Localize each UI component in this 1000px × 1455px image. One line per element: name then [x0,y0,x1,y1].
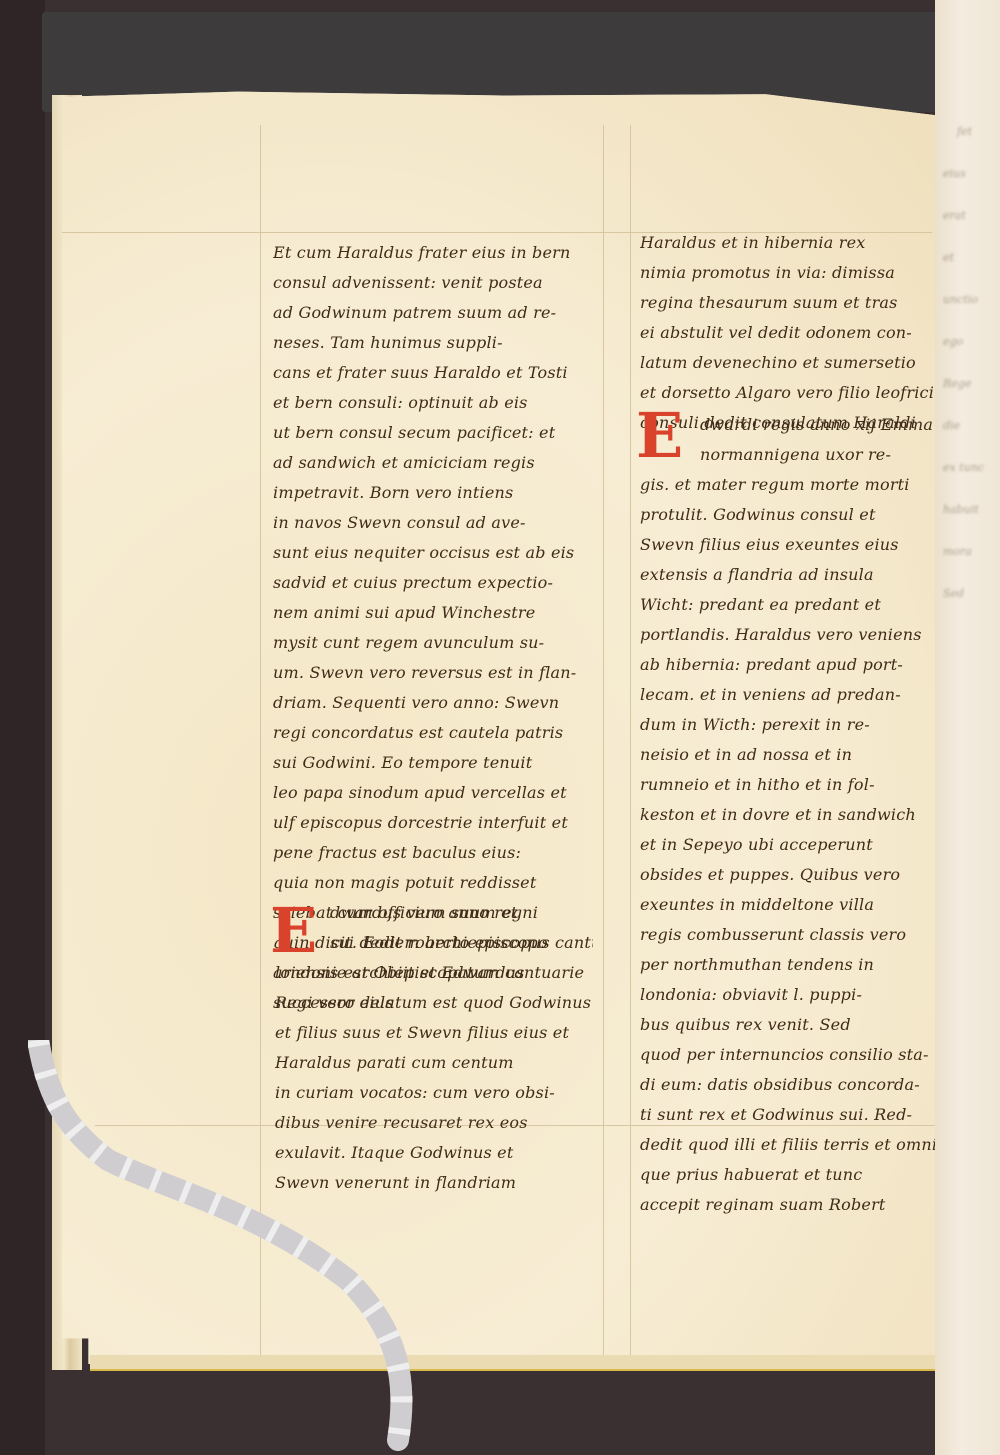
facing-page: fet eius erat et unctio ego Rege die ex … [935,0,1000,1455]
text-line: regi concordatus est cautela patris [273,718,593,748]
text-line: mysit cunt regem avunculum su- [273,628,593,658]
text-line: regis combusserunt classis vero [640,920,940,950]
red-initial: E [636,405,683,467]
text-line: lecam. et in veniens ad predan- [640,680,940,710]
text-line: sunt eius nequiter occisus est ab eis [273,538,593,568]
text-line: ab hibernia: predant apud port- [640,650,940,680]
text-line: ad Godwinum patrem suum ad re- [273,298,593,328]
text-line: et in Sepeyo ubi acceperunt [640,830,940,860]
text-line: latum devenechino et sumersetio [640,348,940,378]
text-line: accepit reginam suam Robert [640,1190,940,1220]
right-section-text: dwardi regis anno xij Emma normannigena … [700,410,940,470]
text-line: et bern consuli: optinuit ab eis [273,388,593,418]
text-line: cans et frater suus Haraldo et Tosti [273,358,593,388]
text-line: pene fractus est baculus eius: [273,838,593,868]
text-line: ad sandwich et amiciciam regis [273,448,593,478]
text-line: keston et in dovre et in sandwich [640,800,940,830]
text-line: dum in Wicth: perexit in re- [640,710,940,740]
text-line: leo papa sinodum apud vercellas et [273,778,593,808]
text-line: exeuntes in middeltone villa [640,890,940,920]
text-line: quia non magis potuit reddisset [273,868,593,898]
text-line: quod per internuncios consilio sta- [640,1040,940,1070]
text-line: neses. Tam hunimus suppli- [273,328,593,358]
text-line: extensis a flandria ad insula [640,560,940,590]
text-line: Regi vero delatum est quod Godwinus [275,988,595,1018]
text-line: nem animi sui apud Winchestre [273,598,593,628]
text-line: sadvid et cuius prectum expectio- [273,568,593,598]
text-line: ulf episcopus dorcestrie interfuit et [273,808,593,838]
left-section-text: dwardus vero anno regni sui dedit robert… [330,898,600,958]
ruling-line [630,125,631,1355]
text-line: que prius habuerat et tunc [640,1160,940,1190]
text-line: dwardus vero anno regni [330,898,600,928]
text-line: ti sunt rex et Godwinus sui. Red- [640,1100,940,1130]
text-line: in navos Swevn consul ad ave- [273,508,593,538]
text-line: londonie archiepiscopatum cantuarie [275,958,595,988]
text-line: et dorsetto Algaro vero filio leofrici [640,378,940,408]
right-section-text-cont: gis. et mater regum morte morti protulit… [640,470,940,1220]
text-line: consul advenissent: venit postea [273,268,593,298]
text-line: Haraldus et in hibernia rex [640,228,940,258]
text-line: gis. et mater regum morte morti [640,470,940,500]
text-line: Wicht: predant ea predant et [640,590,940,620]
text-line: sui Godwini. Eo tempore tenuit [273,748,593,778]
text-line: ei abstulit vel dedit odonem con- [640,318,940,348]
cord-bookmark [28,1040,428,1455]
text-line: bus quibus rex venit. Sed [640,1010,940,1040]
text-line: impetravit. Born vero intiens [273,478,593,508]
text-line: obsides et puppes. Quibus vero [640,860,940,890]
ruling-line [603,125,604,1355]
text-line: normannigena uxor re- [700,440,940,470]
text-line: portlandis. Haraldus vero veniens [640,620,940,650]
text-line: regina thesaurum suum et tras [640,288,940,318]
text-line: um. Swevn vero reversus est in flan- [273,658,593,688]
facing-page-text: fet eius erat et unctio ego Rege die ex … [943,100,998,625]
text-line: per northmuthan tendens in [640,950,940,980]
text-line: Et cum Haraldus frater eius in bern [273,238,593,268]
text-line: dedit quod illi et filiis terris et omni… [640,1130,940,1160]
text-line: nimia promotus in via: dimissa [640,258,940,288]
text-line: ut bern consul secum pacificet: et [273,418,593,448]
text-line: driam. Sequenti vero anno: Swevn [273,688,593,718]
text-line: neisio et in ad nossa et in [640,740,940,770]
text-line: Swevn filius eius exeuntes eius [640,530,940,560]
text-line: dwardi regis anno xij Emma [700,410,940,440]
text-line: rumneio et in hitho et in fol- [640,770,940,800]
text-line: sui dedit roberto episcopo [330,928,600,958]
right-column-text: Haraldus et in hibernia rex nimia promot… [640,228,940,438]
text-line: londonia: obviavit l. puppi- [640,980,940,1010]
red-initial: E [270,900,317,962]
text-line: protulit. Godwinus consul et [640,500,940,530]
text-line: di eum: datis obsidibus concorda- [640,1070,940,1100]
